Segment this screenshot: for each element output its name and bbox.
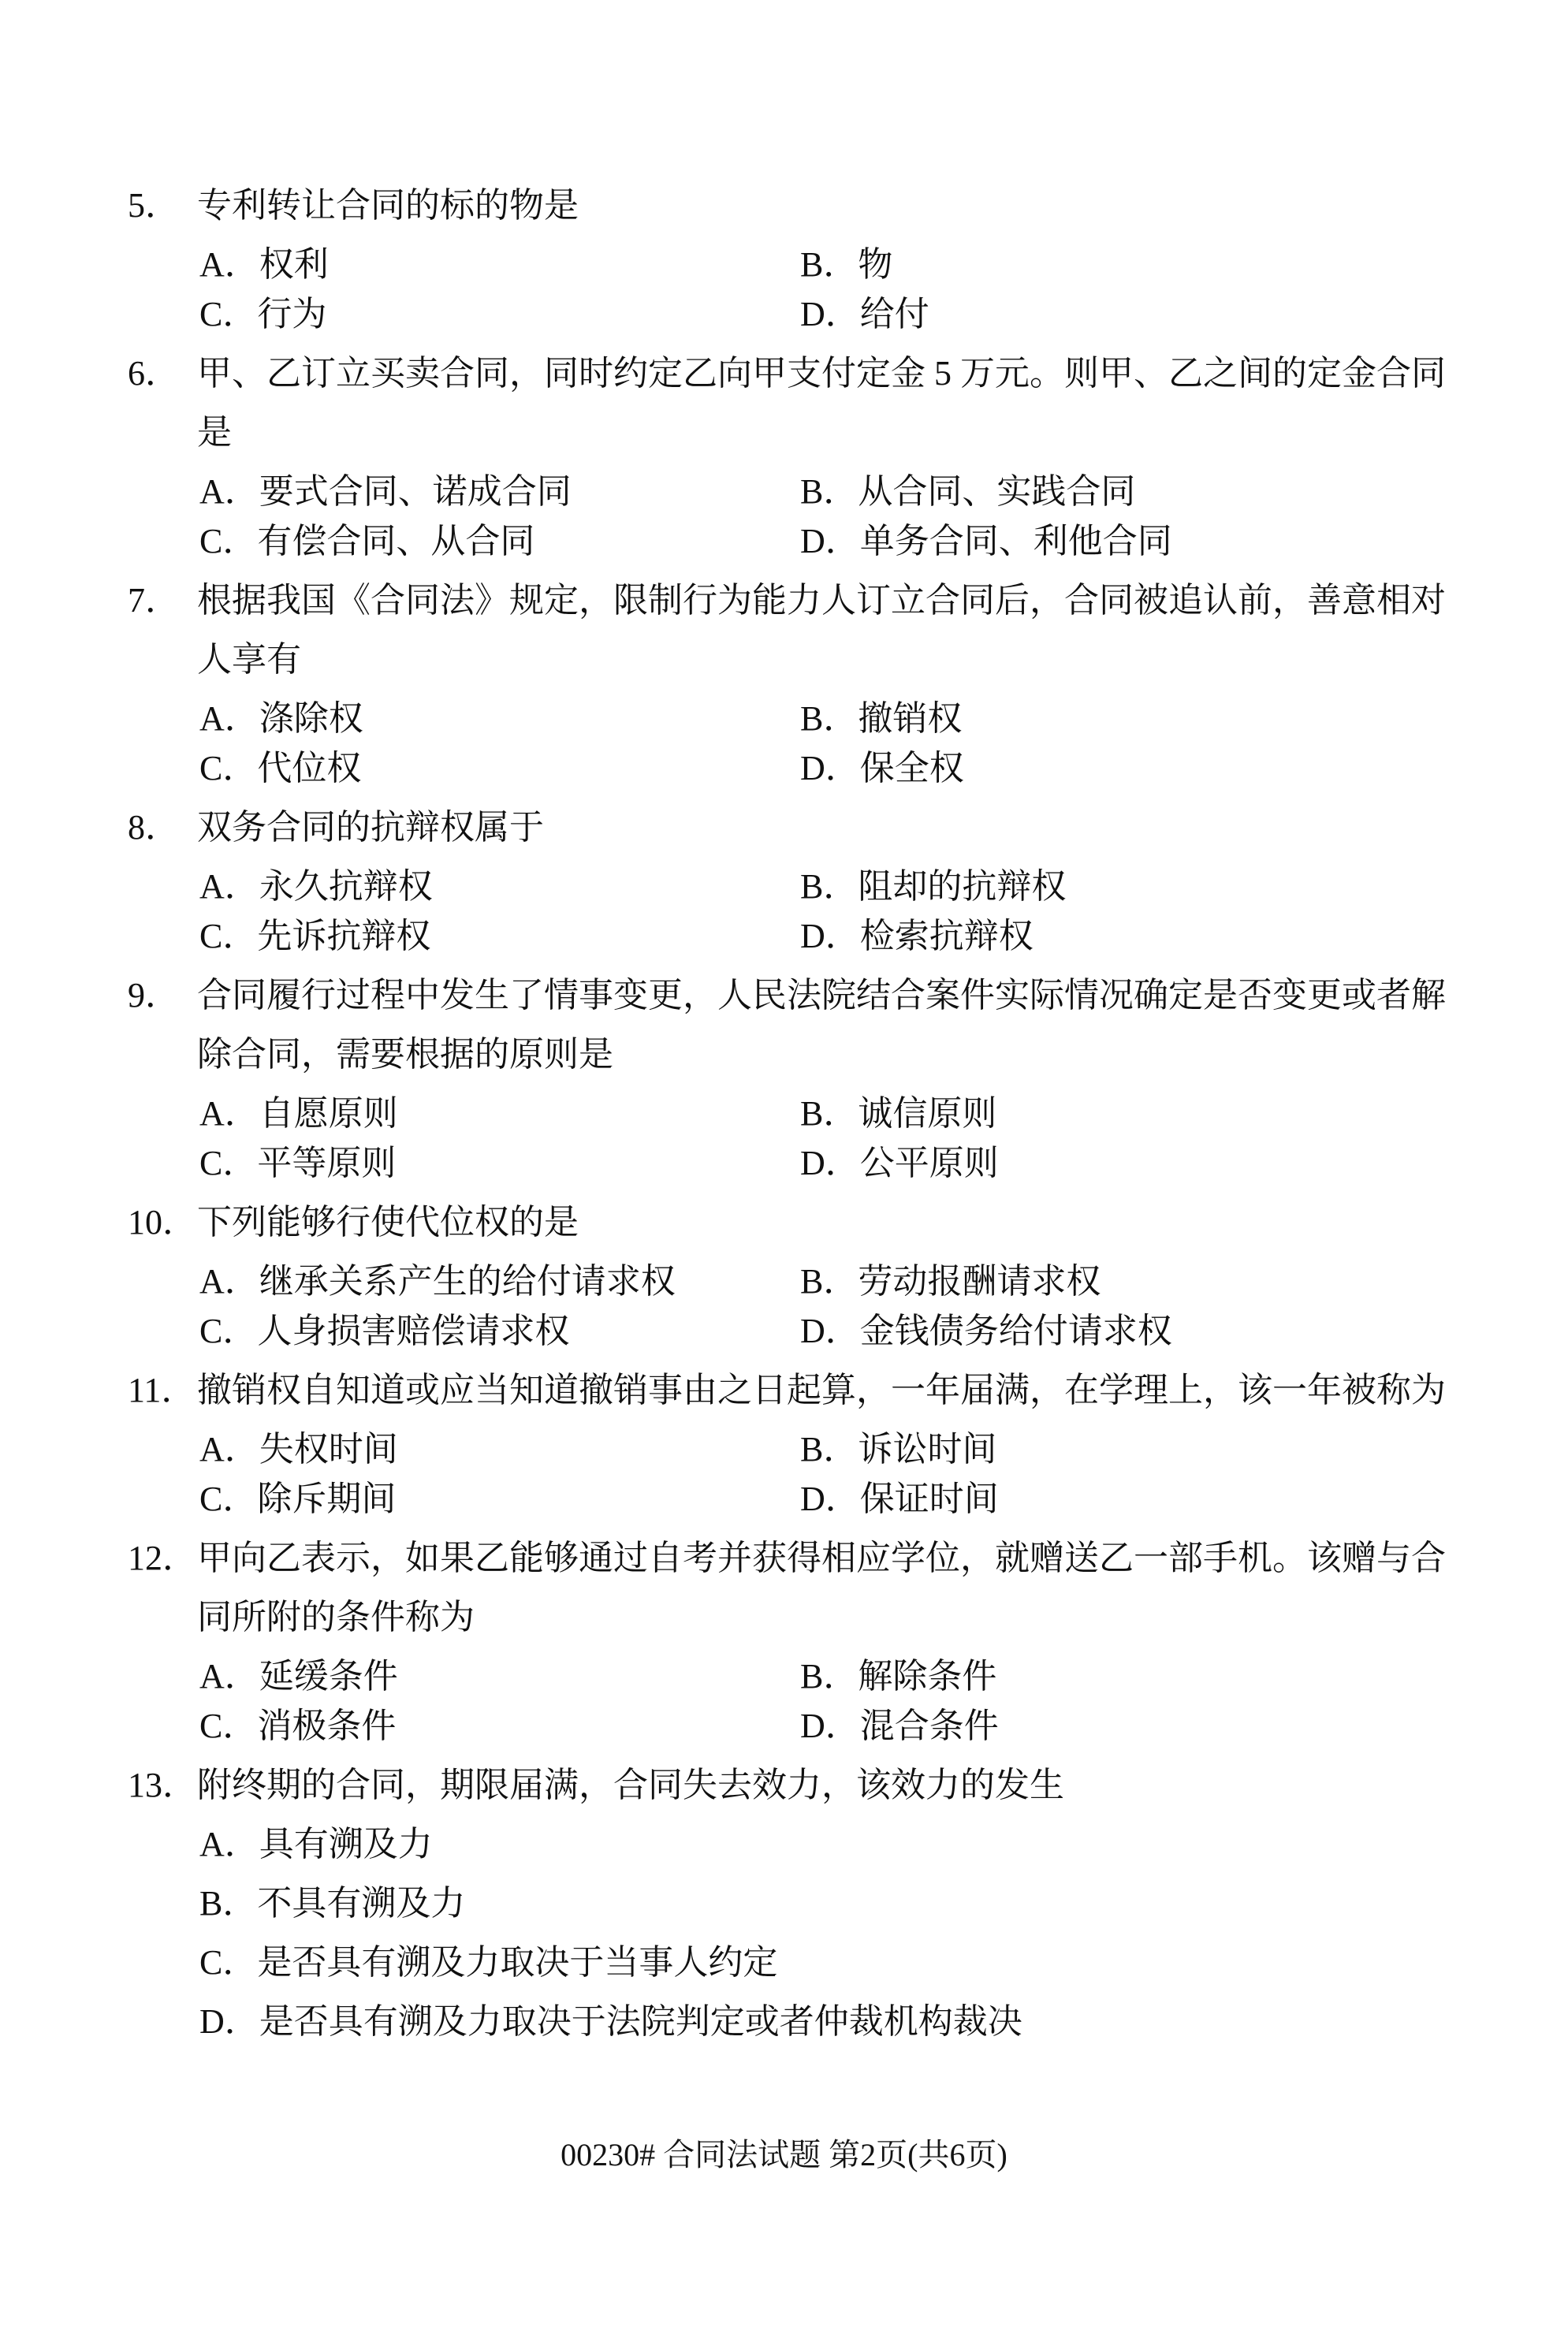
- option-a: A．失权时间: [199, 1420, 800, 1471]
- option-label: B．: [800, 1094, 858, 1133]
- question-text-continued: 除合同，需要根据的原则是: [128, 1021, 1568, 1080]
- option-label: B．: [800, 699, 858, 738]
- options-row: D．是否具有溯及力取决于法院判定或者仲裁机构裁决: [128, 1988, 1568, 2047]
- question-title-row: 7．根据我国《合同法》规定，限制行为能力人订立合同后，合同被追认前，善意相对: [128, 567, 1568, 626]
- options-row: C．行为D．给付: [128, 281, 1568, 340]
- option-d: D．给付: [800, 285, 929, 336]
- option-d: D．金钱债务给付请求权: [800, 1302, 1172, 1353]
- option-label: C．: [199, 1144, 257, 1182]
- question-title-row: 12．甲向乙表示，如果乙能够通过自考并获得相应学位，就赠送乙一部手机。该赠与合: [128, 1525, 1568, 1584]
- option-text: 延缓条件: [259, 1657, 398, 1696]
- question-title-row: 11．撤销权自知道或应当知道撤销事由之日起算，一年届满，在学理上，该一年被称为: [128, 1357, 1568, 1416]
- question-number: 6．: [128, 344, 197, 395]
- question-9: 9．合同履行过程中发生了情事变更，人民法院结合案件实际情况确定是否变更或者解 除…: [0, 962, 1568, 1189]
- option-text: 保全权: [860, 749, 964, 787]
- option-d: D．检索抗辩权: [800, 907, 1034, 958]
- question-number: 13．: [128, 1756, 197, 1807]
- option-label: D．: [800, 917, 860, 955]
- option-label: B．: [800, 1430, 858, 1469]
- option-label: C．: [199, 522, 257, 560]
- option-a: A．权利: [199, 236, 800, 286]
- option-c: C．先诉抗辩权: [199, 907, 800, 958]
- option-label: C．: [199, 1480, 257, 1518]
- question-text: 根据我国《合同法》规定，限制行为能力人订立合同后，合同被追认前，善意相对: [197, 571, 1446, 622]
- option-text: 保证时间: [860, 1480, 999, 1518]
- option-label: B．: [800, 867, 858, 906]
- option-c: C．除斥期间: [199, 1470, 800, 1521]
- option-text: 诚信原则: [858, 1094, 996, 1133]
- option-label: A．: [199, 1262, 259, 1301]
- question-text: 专利转让合同的标的物是: [197, 177, 579, 227]
- question-title-row: 13．附终期的合同，期限届满，合同失去效力，该效力的发生: [128, 1752, 1568, 1811]
- option-a: A．延缓条件: [199, 1647, 800, 1698]
- option-text: 诉讼时间: [858, 1430, 996, 1469]
- option-c: C．平等原则: [199, 1134, 800, 1185]
- option-b: B．诉讼时间: [800, 1420, 996, 1471]
- option-text: 先诉抗辩权: [257, 917, 430, 955]
- question-13: 13．附终期的合同，期限届满，合同失去效力，该效力的发生 A．具有溯及力 B．不…: [0, 1752, 1568, 2047]
- option-text: 要式合同、诺成合同: [259, 472, 572, 511]
- question-number: 9．: [128, 966, 197, 1017]
- option-label: A．: [199, 1825, 259, 1863]
- option-text: 检索抗辩权: [860, 917, 1034, 955]
- question-title-row: 6．甲、乙订立买卖合同，同时约定乙向甲支付定金 5 万元。则甲、乙之间的定金合同: [128, 340, 1568, 399]
- page-footer: 00230# 合同法试题 第2页(共6页): [0, 2130, 1568, 2169]
- option-label: D．: [800, 522, 860, 560]
- option-a: A．继承关系产生的给付请求权: [199, 1253, 800, 1303]
- question-title-row: 9．合同履行过程中发生了情事变更，人民法院结合案件实际情况确定是否变更或者解: [128, 962, 1568, 1021]
- option-label: D．: [800, 749, 860, 787]
- option-text: 解除条件: [858, 1657, 996, 1696]
- question-7: 7．根据我国《合同法》规定，限制行为能力人订立合同后，合同被追认前，善意相对 人…: [0, 567, 1568, 794]
- question-title-row: 5．专利转让合同的标的物是: [128, 172, 1568, 231]
- question-text: 下列能够行使代位权的是: [197, 1193, 579, 1244]
- option-text: 物: [858, 245, 892, 284]
- option-text: 混合条件: [860, 1707, 999, 1745]
- question-title-row: 10．下列能够行使代位权的是: [128, 1189, 1568, 1248]
- question-12: 12．甲向乙表示，如果乙能够通过自考并获得相应学位，就赠送乙一部手机。该赠与合 …: [0, 1525, 1568, 1752]
- option-text: 具有溯及力: [259, 1825, 433, 1863]
- question-text: 附终期的合同，期限届满，合同失去效力，该效力的发生: [197, 1756, 1064, 1807]
- option-text: 人身损害赔偿请求权: [257, 1312, 569, 1350]
- option-d: D．是否具有溯及力取决于法院判定或者仲裁机构裁决: [199, 1993, 1022, 2043]
- option-b: B．诚信原则: [800, 1085, 996, 1135]
- option-text: 涤除权: [259, 699, 363, 738]
- option-text: 不具有溯及力: [257, 1884, 465, 1923]
- option-d: D．公平原则: [800, 1134, 999, 1185]
- option-text: 是否具有溯及力取决于法院判定或者仲裁机构裁决: [259, 2002, 1022, 2041]
- option-text: 代位权: [257, 749, 361, 787]
- question-title-row: 8．双务合同的抗辩权属于: [128, 794, 1568, 853]
- options-row: B．不具有溯及力: [128, 1870, 1568, 1929]
- options-row: C．平等原则D．公平原则: [128, 1130, 1568, 1189]
- option-text: 单务合同、利他合同: [860, 522, 1172, 560]
- option-label: B．: [800, 1657, 858, 1696]
- option-label: A．: [199, 1430, 259, 1469]
- option-b: B．劳动报酬请求权: [800, 1253, 1101, 1303]
- option-label: D．: [800, 1312, 860, 1350]
- option-label: A．: [199, 245, 259, 284]
- question-5: 5．专利转让合同的标的物是 A．权利B．物 C．行为D．给付: [0, 172, 1568, 340]
- option-text: 平等原则: [257, 1144, 396, 1182]
- option-label: C．: [199, 1707, 257, 1745]
- option-label: A．: [199, 699, 259, 738]
- option-text: 金钱债务给付请求权: [860, 1312, 1172, 1350]
- options-row: C．消极条件D．混合条件: [128, 1692, 1568, 1752]
- option-label: A．: [199, 1094, 259, 1133]
- option-d: D．混合条件: [800, 1697, 999, 1748]
- option-text: 撤销权: [858, 699, 962, 738]
- option-c: C．是否具有溯及力取决于当事人约定: [199, 1934, 777, 1984]
- option-d: D．保证时间: [800, 1470, 999, 1521]
- option-label: D．: [800, 295, 860, 333]
- option-label: C．: [199, 917, 257, 955]
- option-text: 给付: [860, 295, 929, 333]
- option-label: B．: [199, 1884, 257, 1923]
- question-8: 8．双务合同的抗辩权属于 A．永久抗辩权B．阻却的抗辩权 C．先诉抗辩权D．检索…: [0, 794, 1568, 962]
- option-label: A．: [199, 472, 259, 511]
- option-c: C．代位权: [199, 739, 800, 790]
- question-6: 6．甲、乙订立买卖合同，同时约定乙向甲支付定金 5 万元。则甲、乙之间的定金合同…: [0, 340, 1568, 567]
- options-row: C．人身损害赔偿请求权D．金钱债务给付请求权: [128, 1297, 1568, 1357]
- option-text: 行为: [257, 295, 326, 333]
- option-label: C．: [199, 1943, 257, 1982]
- option-a: A．自愿原则: [199, 1085, 800, 1135]
- question-number: 8．: [128, 799, 197, 849]
- option-d: D．保全权: [800, 739, 964, 790]
- question-text: 撤销权自知道或应当知道撤销事由之日起算，一年届满，在学理上，该一年被称为: [197, 1361, 1446, 1412]
- options-row: C．代位权D．保全权: [128, 735, 1568, 794]
- option-label: D．: [199, 2002, 259, 2041]
- question-text-continued: 同所附的条件称为: [128, 1584, 1568, 1643]
- option-b: B．解除条件: [800, 1647, 996, 1698]
- option-b: B．阻却的抗辩权: [800, 858, 1066, 908]
- option-c: C．消极条件: [199, 1697, 800, 1748]
- question-number: 10．: [128, 1193, 197, 1244]
- option-b: B．撤销权: [800, 690, 962, 740]
- question-11: 11．撤销权自知道或应当知道撤销事由之日起算，一年届满，在学理上，该一年被称为 …: [0, 1357, 1568, 1525]
- option-label: A．: [199, 1657, 259, 1696]
- question-text-continued: 是: [128, 399, 1568, 458]
- option-c: C．人身损害赔偿请求权: [199, 1302, 800, 1353]
- question-number: 7．: [128, 571, 197, 622]
- option-text: 继承关系产生的给付请求权: [259, 1262, 676, 1301]
- option-b: B．不具有溯及力: [199, 1874, 465, 1925]
- option-a: A．涤除权: [199, 690, 800, 740]
- option-text: 权利: [259, 245, 329, 284]
- option-d: D．单务合同、利他合同: [800, 512, 1172, 563]
- question-text: 甲向乙表示，如果乙能够通过自考并获得相应学位，就赠送乙一部手机。该赠与合: [197, 1529, 1446, 1580]
- option-text: 自愿原则: [259, 1094, 398, 1133]
- options-row: C．有偿合同、从合同D．单务合同、利他合同: [128, 508, 1568, 567]
- option-a: A．要式合同、诺成合同: [199, 463, 800, 513]
- question-number: 11．: [128, 1361, 197, 1412]
- question-text-continued: 人享有: [128, 626, 1568, 685]
- option-label: D．: [800, 1480, 860, 1518]
- option-c: C．有偿合同、从合同: [199, 512, 800, 563]
- option-text: 公平原则: [860, 1144, 999, 1182]
- option-text: 是否具有溯及力取决于当事人约定: [257, 1943, 777, 1982]
- option-text: 有偿合同、从合同: [257, 522, 534, 560]
- option-label: C．: [199, 1312, 257, 1350]
- options-row: C．除斥期间D．保证时间: [128, 1465, 1568, 1525]
- option-label: D．: [800, 1144, 860, 1182]
- option-text: 从合同、实践合同: [858, 472, 1135, 511]
- question-text: 双务合同的抗辩权属于: [197, 799, 544, 849]
- option-text: 永久抗辩权: [259, 867, 433, 906]
- option-label: D．: [800, 1707, 860, 1745]
- option-a: A．永久抗辩权: [199, 858, 800, 908]
- option-a: A．具有溯及力: [199, 1815, 433, 1866]
- option-b: B．从合同、实践合同: [800, 463, 1135, 513]
- option-text: 阻却的抗辩权: [858, 867, 1066, 906]
- option-text: 劳动报酬请求权: [858, 1262, 1101, 1301]
- question-text: 甲、乙订立买卖合同，同时约定乙向甲支付定金 5 万元。则甲、乙之间的定金合同: [197, 344, 1446, 395]
- option-label: B．: [800, 245, 858, 284]
- option-label: B．: [800, 472, 858, 511]
- option-label: B．: [800, 1262, 858, 1301]
- option-text: 失权时间: [259, 1430, 398, 1469]
- exam-page: 5．专利转让合同的标的物是 A．权利B．物 C．行为D．给付 6．甲、乙订立买卖…: [0, 0, 1568, 2169]
- option-text: 消极条件: [257, 1707, 396, 1745]
- options-row: A．具有溯及力: [128, 1811, 1568, 1870]
- question-number: 12．: [128, 1529, 197, 1580]
- question-number: 5．: [128, 177, 197, 227]
- option-label: C．: [199, 749, 257, 787]
- options-row: C．是否具有溯及力取决于当事人约定: [128, 1929, 1568, 1988]
- option-c: C．行为: [199, 285, 800, 336]
- option-label: C．: [199, 295, 257, 333]
- option-text: 除斥期间: [257, 1480, 396, 1518]
- options-row: C．先诉抗辩权D．检索抗辩权: [128, 903, 1568, 962]
- option-b: B．物: [800, 236, 892, 286]
- question-text: 合同履行过程中发生了情事变更，人民法院结合案件实际情况确定是否变更或者解: [197, 966, 1446, 1017]
- question-10: 10．下列能够行使代位权的是 A．继承关系产生的给付请求权B．劳动报酬请求权 C…: [0, 1189, 1568, 1357]
- option-label: A．: [199, 867, 259, 906]
